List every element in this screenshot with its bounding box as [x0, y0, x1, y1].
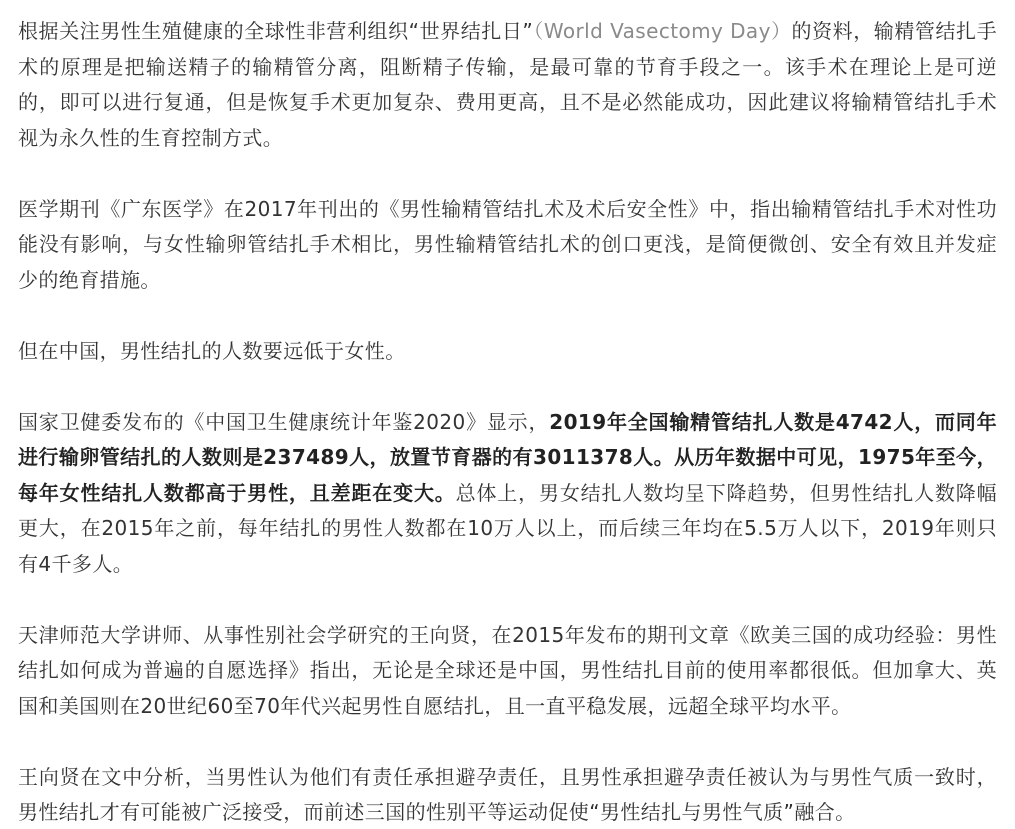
- paragraph-world-vasectomy-day: 根据关注男性生殖健康的全球性非营利组织“世界结扎日”（World Vasecto…: [18, 14, 997, 156]
- paragraph-statistics-yearbook: 国家卫健委发布的《中国卫生健康统计年鉴2020》显示，2019年全国输精管结扎人…: [18, 405, 997, 583]
- paragraph-wang-xiangxian-study: 天津师范大学讲师、从事性别社会学研究的王向贤，在2015年发布的期刊文章《欧美三…: [18, 618, 997, 725]
- article-body: 根据关注男性生殖健康的全球性非营利组织“世界结扎日”（World Vasecto…: [0, 0, 1015, 829]
- text-segment: 王向贤在文中分析，当男性认为他们有责任承担避孕责任，且男性承担避孕责任被认为与男…: [18, 765, 997, 825]
- text-segment: 但在中国，男性结扎的人数要远低于女性。: [18, 339, 406, 363]
- text-segment: 根据关注男性生殖健康的全球性非营利组织“世界结扎日”: [18, 19, 533, 43]
- paragraph-china-comparison: 但在中国，男性结扎的人数要远低于女性。: [18, 334, 997, 370]
- text-segment: 天津师范大学讲师、从事性别社会学研究的王向贤，在2015年发布的期刊文章《欧美三…: [18, 623, 997, 718]
- paragraph-guangdong-medicine: 医学期刊《广东医学》在2017年刊出的《男性输精管结扎术及术后安全性》中，指出输…: [18, 192, 997, 299]
- english-name-note: （World Vasectomy Day）: [533, 19, 791, 43]
- paragraph-wang-xiangxian-analysis: 王向贤在文中分析，当男性认为他们有责任承担避孕责任，且男性承担避孕责任被认为与男…: [18, 760, 997, 829]
- text-segment: 国家卫健委发布的《中国卫生健康统计年鉴2020》显示，: [18, 410, 549, 434]
- text-segment: 医学期刊《广东医学》在2017年刊出的《男性输精管结扎术及术后安全性》中，指出输…: [18, 197, 997, 292]
